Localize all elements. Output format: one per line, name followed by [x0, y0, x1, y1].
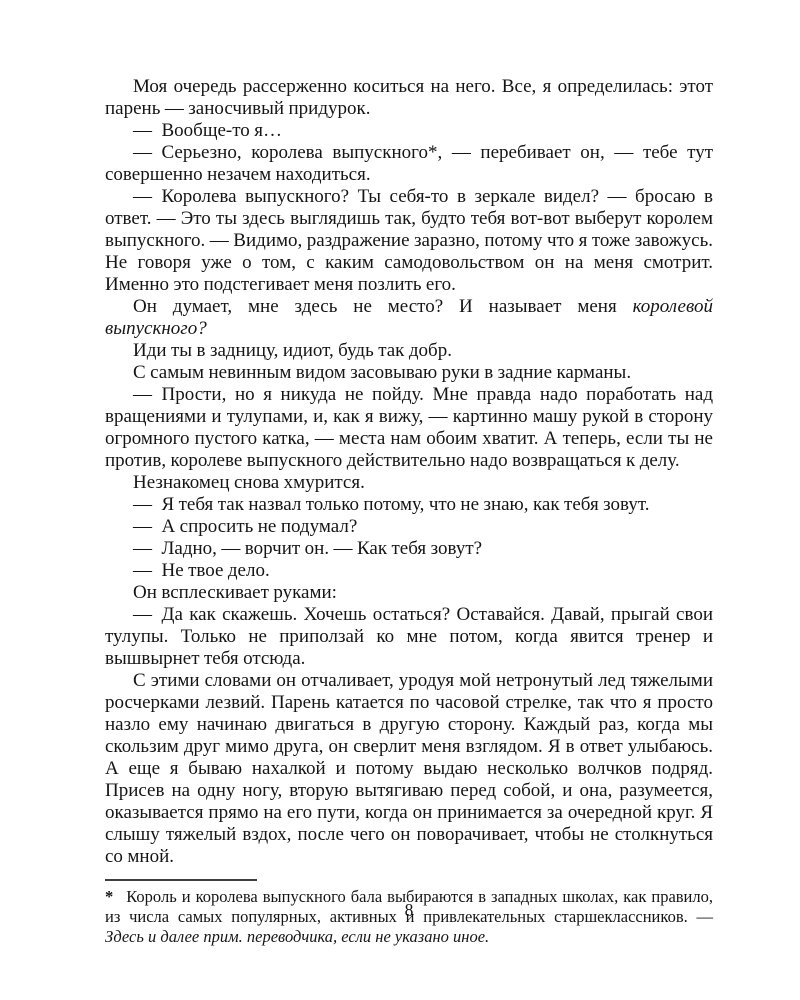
text-segment: — Я тебя так назвал только потому, что н… — [133, 494, 649, 515]
text-segment: — Да как скажешь. Хочешь остаться? Остав… — [105, 604, 713, 669]
text-segment: Он всплескивает руками: — [133, 582, 337, 603]
paragraph: — Да как скажешь. Хочешь остаться? Остав… — [105, 604, 713, 670]
paragraph: — Не твое дело. — [105, 560, 713, 582]
paragraph: Он всплескивает руками: — [105, 582, 713, 604]
text-segment: Он думает, мне здесь не место? И называе… — [133, 296, 633, 317]
paragraph: Моя очередь рассерженно коситься на него… — [105, 76, 713, 120]
body-text: Моя очередь рассерженно коситься на него… — [105, 76, 713, 868]
paragraph: — Ладно, — ворчит он. — Как тебя зовут? — [105, 538, 713, 560]
text-segment: — Прости, но я никуда не пойду. Мне прав… — [105, 384, 713, 471]
text-segment: С этими словами он отчаливает, уродуя мо… — [105, 670, 713, 867]
page-number: 8 — [105, 900, 713, 921]
book-page: Моя очередь рассерженно коситься на него… — [0, 0, 800, 1000]
text-segment: Иди ты в задницу, идиот, будь так добр. — [133, 340, 452, 361]
text-segment: — Вообще-то я… — [133, 120, 282, 141]
footnote-divider — [105, 879, 257, 881]
paragraph: С самым невинным видом засовываю руки в … — [105, 362, 713, 384]
paragraph: — Королева выпускного? Ты себя-то в зерк… — [105, 186, 713, 296]
paragraph: — Вообще-то я… — [105, 120, 713, 142]
text-segment: — А спросить не подумал? — [133, 516, 357, 537]
text-segment: — Королева выпускного? Ты себя-то в зерк… — [105, 186, 713, 295]
text-segment: Моя очередь рассерженно коситься на него… — [105, 76, 713, 119]
paragraph: — А спросить не подумал? — [105, 516, 713, 538]
text-segment: Незнакомец снова хмурится. — [133, 472, 365, 493]
text-segment: — Не твое дело. — [133, 560, 270, 581]
paragraph: С этими словами он отчаливает, уродуя мо… — [105, 670, 713, 868]
paragraph: Незнакомец снова хмурится. — [105, 472, 713, 494]
text-segment: С самым невинным видом засовываю руки в … — [133, 362, 631, 383]
footnote-segment: Здесь и далее прим. переводчика, если не… — [105, 927, 489, 946]
paragraph: — Я тебя так назвал только потому, что н… — [105, 494, 713, 516]
paragraph: Иди ты в задницу, идиот, будь так добр. — [105, 340, 713, 362]
paragraph: — Серьезно, королева выпускного*, — пере… — [105, 142, 713, 186]
page-content: Моя очередь рассерженно коситься на него… — [105, 76, 713, 947]
text-segment: — Серьезно, королева выпускного*, — пере… — [105, 142, 713, 185]
paragraph: — Прости, но я никуда не пойду. Мне прав… — [105, 384, 713, 472]
paragraph: Он думает, мне здесь не место? И называе… — [105, 296, 713, 340]
text-segment: — Ладно, — ворчит он. — Как тебя зовут? — [133, 538, 482, 559]
